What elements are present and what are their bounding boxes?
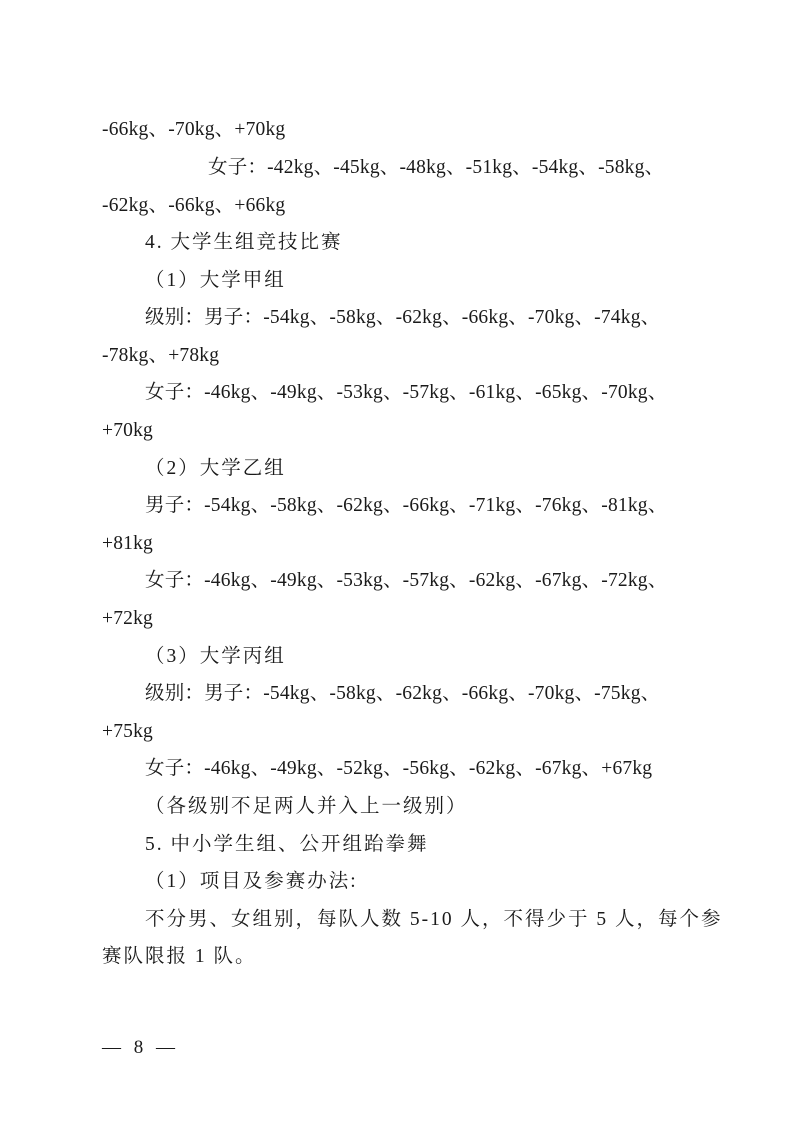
text-line: 级别：男子：-54kg、-58kg、-62kg、-66kg、-70kg、-75k… [145,682,660,706]
subsection-heading: （1）项目及参赛办法: [145,870,358,894]
text-line: +81kg [102,532,153,556]
page-number: — 8 — [102,1036,179,1060]
text-line: 女子：-46kg、-49kg、-53kg、-57kg、-62kg、-67kg、-… [145,569,667,593]
text-line: 女子：-46kg、-49kg、-52kg、-56kg、-62kg、-67kg、+… [145,757,652,781]
text-line: -66kg、-70kg、+70kg [102,118,285,142]
text-line: -62kg、-66kg、+66kg [102,194,285,218]
text-line: +70kg [102,419,153,443]
text-line: +75kg [102,720,153,744]
note-line: （各级别不足两人并入上一级别） [145,795,468,819]
subsection-heading: （3）大学丙组 [145,645,286,669]
text-line: 不分男、女组别，每队人数 5-10 人，不得少于 5 人，每个参 [145,908,723,932]
text-line: 女子：-42kg、-45kg、-48kg、-51kg、-54kg、-58kg、 [208,156,664,180]
text-line: -78kg、+78kg [102,344,219,368]
text-line: 男子：-54kg、-58kg、-62kg、-66kg、-71kg、-76kg、-… [145,494,667,518]
text-line: 级别：男子：-54kg、-58kg、-62kg、-66kg、-70kg、-74k… [145,306,660,330]
subsection-heading: （2）大学乙组 [145,457,286,481]
section-heading: 5. 中小学生组、公开组跆拳舞 [145,833,429,857]
section-heading: 4. 大学生组竞技比赛 [145,231,343,255]
subsection-heading: （1）大学甲组 [145,269,286,293]
text-line: 赛队限报 1 队。 [102,945,257,969]
text-line: 女子：-46kg、-49kg、-53kg、-57kg、-61kg、-65kg、-… [145,381,667,405]
text-line: +72kg [102,607,153,631]
